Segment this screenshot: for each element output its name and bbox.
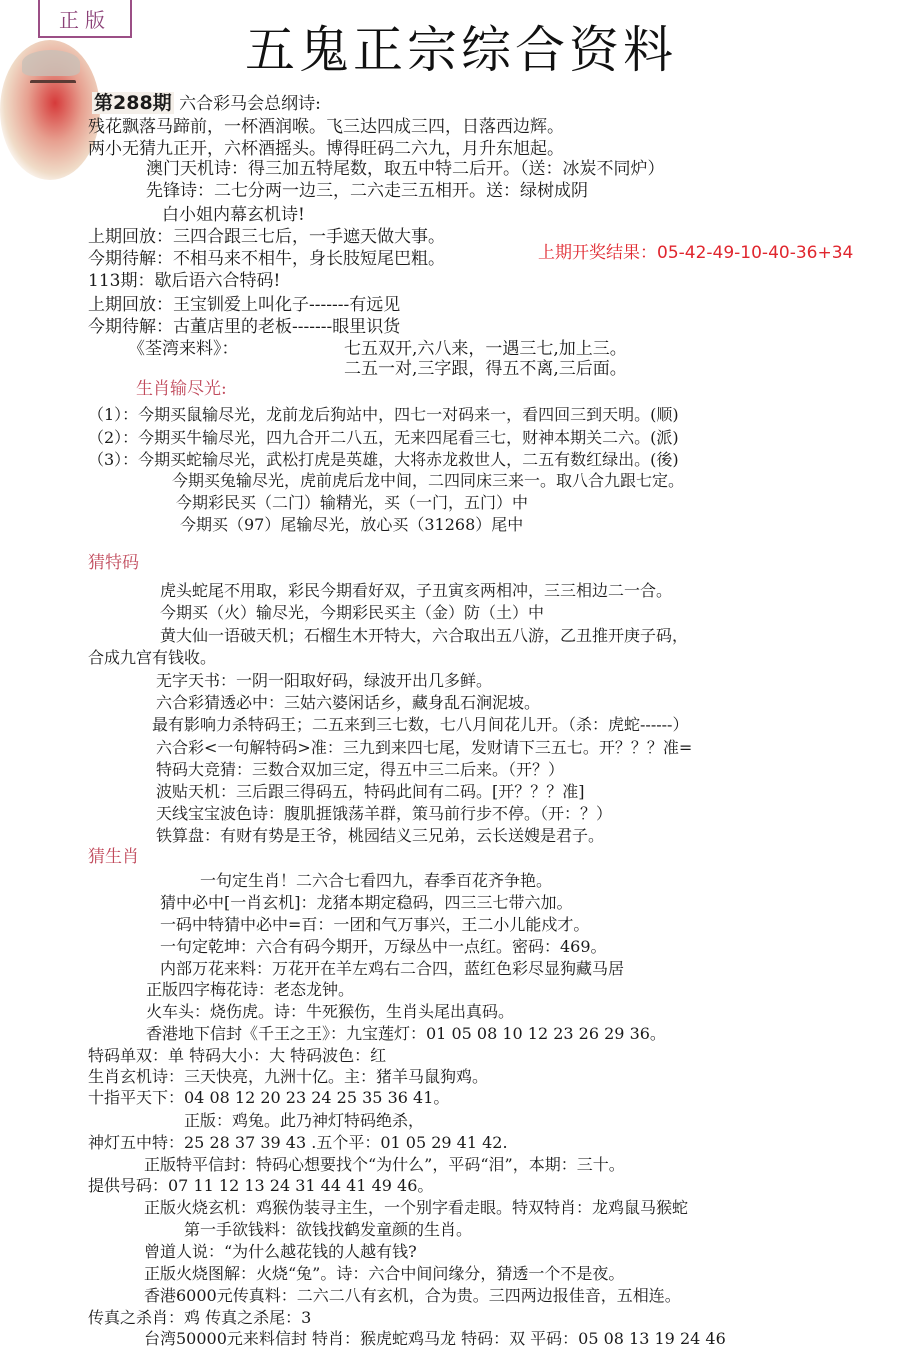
text-line: 一码中特猜中必中=百：一团和气万事兴，王二小儿能戍才。: [160, 914, 589, 936]
text-line: 铁算盘：有财有势是王爷，桃园结义三兄弟，云长送嫂是君子。: [156, 825, 604, 847]
text-line: 合成九宫有钱收。: [88, 647, 216, 669]
text-line: 特码单双：单 特码大小：大 特码波色：红: [88, 1045, 386, 1067]
text-line: 澳门天机诗：得三加五特尾数，取五中特二后开。（送：冰炭不同炉）: [146, 158, 665, 180]
text-line: 今期买（火）输尽光，今期彩民买主（金）防（土）中: [160, 602, 544, 624]
text-line: 特码大竞猜：三数合双加三定，得五中三二后来。（开？）: [156, 759, 564, 781]
text-line: 波贴天机：三后跟三得码五，特码此间有二码。[开？？？准]: [156, 781, 585, 803]
text-line: 二五一对,三字跟，得五不离,三后面。: [344, 358, 627, 380]
text-line: 内部万花来料：万花开在羊左鸡右二合四，蓝红色彩尽显狗藏马居: [160, 958, 624, 980]
text-line: 正版四字梅花诗：老态龙钟。: [146, 979, 354, 1001]
text-line: （2）：今期买牛输尽光，四九合开二八五，无来四尾看三七，财神本期关二六。(派): [88, 427, 679, 449]
text-line: 今期待解：不相马来不相牛，身长肢短尾巴粗。: [88, 248, 445, 270]
text-line: 残花飘落马蹄前，一杯酒润喉。飞三达四成三四，日落西边辉。: [88, 116, 564, 138]
text-line: 香港地下信封《千王之王》：九宝莲灯：01 05 08 10 12 23 26 2…: [146, 1023, 666, 1045]
text-line: 六合彩猜透必中：三姑六婆闲话乡，藏身乱石涧泥坡。: [156, 692, 540, 714]
section-heading: 猜生肖: [88, 846, 139, 868]
text-line: （1）：今期买鼠输尽光，龙前龙后狗站中，四七一对码来一，看四回三到天明。(顺): [88, 404, 679, 426]
last-result: 上期开奖结果：05-42-49-10-40-36+34: [538, 242, 853, 264]
text-line: 一句定生肖！二六合七看四九，春季百花齐争艳。: [200, 870, 552, 892]
text-line: 今期买（97）尾输尽光，放心买（31268）尾中: [180, 514, 523, 536]
text-line: 《荃湾来料》：: [128, 338, 239, 360]
authentic-badge: 正版: [38, 0, 132, 38]
text-line: 上期回放：王宝钏爱上叫化子-------有远见: [88, 294, 400, 316]
text-line: 虎头蛇尾不用取，彩民今期看好双，子丑寅亥两相冲，三三相边二一合。: [160, 580, 672, 602]
avatar-glasses-shape: [30, 80, 76, 93]
text-line: 黄大仙一语破天机；石榴生木开特大，六合取出五八游，乙丑推开庚子码，: [160, 625, 688, 647]
text-line: 今期彩民买（二门）输精光，买（一门，五门）中: [176, 492, 528, 514]
text-line: 七五双开,六八来，一遇三七,加上三。: [344, 338, 627, 360]
text-line: 白小姐内幕玄机诗!: [162, 204, 305, 226]
text-line: 两小无猜九正开，六杯酒摇头。博得旺码二六九，月升东旭起。: [88, 138, 564, 160]
text-line: 台湾50000元来料信封 特肖：猴虎蛇鸡马龙 特码：双 平码：05 08 13 …: [144, 1328, 726, 1347]
text-line: 生肖玄机诗：三天快亮，九洲十亿。主：猪羊马鼠狗鸡。: [88, 1066, 488, 1088]
page-title: 五鬼正宗综合资料: [245, 10, 677, 82]
text-line: 六合彩<一句解特码>准：三九到来四七尾，发财请下三五七。开？？？准=: [156, 737, 692, 759]
section-heading: 猜特码: [88, 552, 139, 574]
text-line: （3）：今期买蛇输尽光，武松打虎是英雄，大将赤龙救世人，二五有数红绿出。(後): [88, 449, 679, 471]
avatar-hair-shape: [22, 50, 80, 76]
text-line: 正版：鸡兔。此乃神灯特码绝杀，: [184, 1110, 424, 1132]
text-line: 正版特平信封：特码心想要找个“为什么”，平码“泪”，本期：三十。: [144, 1154, 625, 1176]
text-line: 113期：歇后语六合特码!: [88, 270, 280, 292]
text-line: 香港6000元传真料：二六二八有玄机，合为贵。三四两边报佳音，五相连。: [144, 1285, 681, 1307]
issue-number: 第288期: [92, 92, 174, 114]
last-result-numbers: 05-42-49-10-40-36+34: [657, 243, 853, 263]
text-line: 神灯五中特：25 28 37 39 43 .五个平：01 05 29 41 42…: [88, 1132, 508, 1154]
text-line: 曾道人说：“为什么越花钱的人越有钱?: [144, 1241, 417, 1263]
avatar: [0, 40, 100, 180]
text-line: 猜中必中[一肖玄机]：龙猪本期定稳码，四三三七带六加。: [160, 892, 573, 914]
text-line: 无字天书：一阴一阳取好码，绿波开出几多鲜。: [156, 670, 492, 692]
text-line: 上期回放：三四合跟三七后，一手遮天做大事。: [88, 226, 445, 248]
text-line: 今期待解：古董店里的老板-------眼里识货: [88, 316, 400, 338]
text-line: 提供号码：07 11 12 13 24 31 44 41 49 46。: [88, 1175, 433, 1197]
text-line: 一句定乾坤：六合有码今期开，万绿丛中一点红。密码：469。: [160, 936, 607, 958]
text-line: 十指平天下：04 08 12 20 23 24 25 35 36 41。: [88, 1087, 449, 1109]
issue-line: 第288期 六合彩马会总纲诗:: [92, 92, 321, 115]
text-line: 传真之杀肖：鸡 传真之杀尾：3: [88, 1307, 311, 1329]
section-heading: 生肖输尽光:: [136, 378, 227, 400]
text-line: 先锋诗：二七分两一边三，二六走三五相开。送：绿树成阴: [146, 180, 588, 202]
text-line: 最有影响力杀特码王；二五来到三七数，七八月间花儿开。（杀：虎蛇------）: [152, 714, 688, 736]
issue-poem-title: 六合彩马会总纲诗:: [179, 94, 321, 114]
text-line: 火车头：烧伤虎。诗：牛死猴伤，生肖头尾出真码。: [146, 1001, 514, 1023]
text-line: 正版火烧玄机：鸡猴伪装寻主生，一个别字看走眼。特双特肖：龙鸡鼠马猴蛇: [144, 1197, 688, 1219]
last-result-label: 上期开奖结果：: [538, 243, 657, 263]
text-line: 第一手欲钱料：欲钱找鹤发童颜的生肖。: [184, 1219, 472, 1241]
text-line: 今期买兔输尽光，虎前虎后龙中间，二四同床三来一。取八合九跟七定。: [172, 470, 684, 492]
text-line: 正版火烧图解：火烧“兔”。诗：六合中间问缘分，猜透一个不是夜。: [144, 1263, 624, 1285]
text-line: 天线宝宝波色诗：腹肌捱饿荡羊群，策马前行步不停。（开：？）: [156, 803, 612, 825]
